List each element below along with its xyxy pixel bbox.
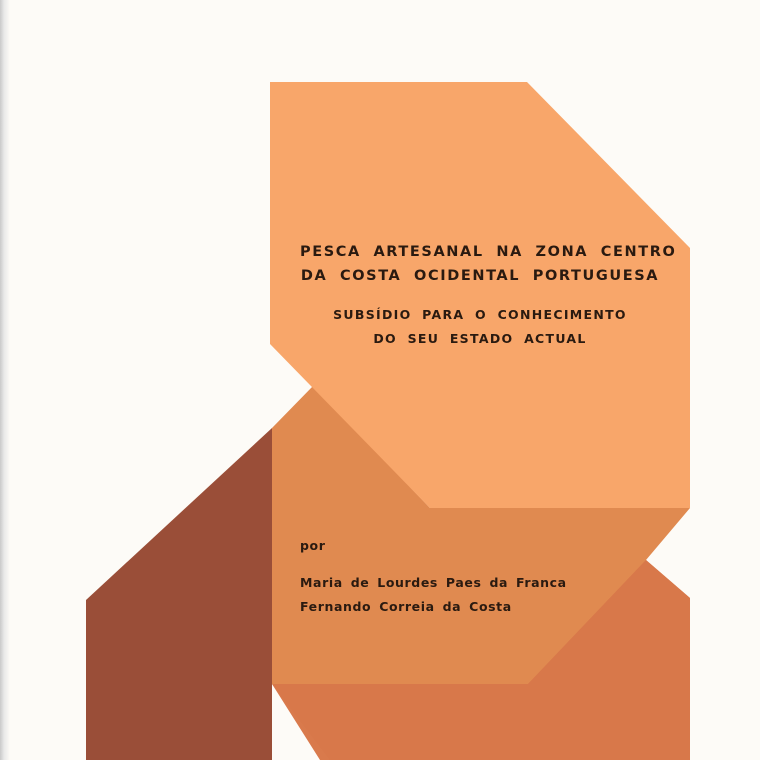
by-label: por xyxy=(300,538,326,553)
subtitle-line-1: SUBSÍDIO PARA O CONHECIMENTO xyxy=(300,307,660,322)
author-1: Maria de Lourdes Paes da Franca xyxy=(300,575,567,590)
title-line-2: DA COSTA OCIDENTAL PORTUGUESA xyxy=(300,268,660,284)
subtitle-line-2: DO SEU ESTADO ACTUAL xyxy=(300,331,660,346)
cover-artwork xyxy=(0,0,760,760)
dark-brown-shape xyxy=(86,428,272,760)
author-2: Fernando Correia da Costa xyxy=(300,599,512,614)
title-line-1: PESCA ARTESANAL NA ZONA CENTRO xyxy=(300,244,660,260)
